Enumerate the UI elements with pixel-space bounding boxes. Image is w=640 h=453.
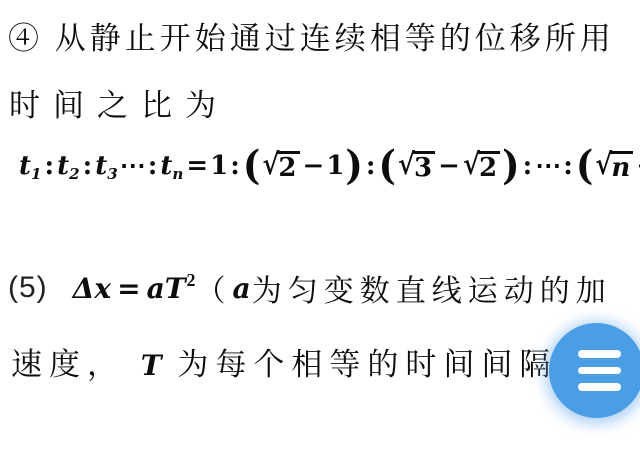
sqrt-expression: √2 xyxy=(463,151,500,182)
math-token: ( xyxy=(242,146,261,186)
sqrt-expression: √n xyxy=(595,151,633,182)
sqrt-expression: √3 xyxy=(398,151,435,182)
item4-text-line1: ④ 从静止开始通过连续相等的位移所用 xyxy=(8,13,615,58)
math-token: aT xyxy=(146,272,187,305)
menu-bar-bottom xyxy=(578,383,621,391)
math-token: Δx xyxy=(72,272,112,305)
item4-time-ratio-formula: t1:t2:t3⋯:tn=1:(√2−1):(√3−√2):⋯:(√n−√n−1… xyxy=(18,148,640,185)
menu-bar-middle xyxy=(578,367,621,375)
item4-text-line2: 时间之比为 xyxy=(9,80,229,125)
math-token: 3 xyxy=(107,165,118,183)
math-token: t xyxy=(159,151,173,181)
math-token: ⋯ xyxy=(119,151,146,181)
math-token: ) xyxy=(344,146,363,186)
math-token: T xyxy=(140,349,163,382)
math-token: 2 xyxy=(69,165,80,183)
math-token: n xyxy=(172,165,183,183)
math-token: = xyxy=(112,272,145,305)
chinese-text: （ xyxy=(196,266,232,310)
radical-sign-icon: √ xyxy=(463,150,480,179)
math-token: : xyxy=(364,151,378,181)
radical-sign-icon: √ xyxy=(595,150,612,179)
menu-button[interactable] xyxy=(549,323,640,418)
math-token: t xyxy=(18,151,32,181)
math-token: ( xyxy=(575,146,594,186)
item5-formula-line: (5)Δx=aT2（a 为匀变数直线运动的加 xyxy=(8,266,612,310)
chinese-text: 速度， xyxy=(11,347,140,382)
math-token: 1 xyxy=(210,151,228,181)
radicand: 3 xyxy=(413,151,435,182)
math-token: a xyxy=(232,272,252,305)
math-token: = xyxy=(184,151,210,181)
math-token: − xyxy=(436,151,462,181)
math-token: : xyxy=(561,151,575,181)
math-token: t xyxy=(94,151,108,181)
radicand: n xyxy=(610,151,633,182)
item5-text-line2: 速度， T 为每个相等的时间间隔)。 xyxy=(11,339,613,384)
item-label: (5) xyxy=(8,271,48,305)
math-token: : xyxy=(81,151,95,181)
math-token: − xyxy=(301,151,327,181)
math-token: − xyxy=(634,151,640,181)
math-token: 1 xyxy=(326,151,344,181)
math-token: : xyxy=(146,151,160,181)
page: { "page": { "background_color": "#ffffff… xyxy=(0,0,640,453)
math-token: ( xyxy=(377,146,396,186)
menu-bar-top xyxy=(578,350,621,358)
math-token: : xyxy=(43,151,57,181)
chinese-text: 为每个相等的时间间隔)。 xyxy=(163,347,613,382)
radicand: 2 xyxy=(478,151,500,182)
radicand: 2 xyxy=(277,151,299,182)
math-token: : xyxy=(228,151,242,181)
chinese-text: 为匀变数直线运动的加 xyxy=(252,266,612,310)
radical-sign-icon: √ xyxy=(262,150,279,179)
math-token: ) xyxy=(501,146,520,186)
math-token: 1 xyxy=(31,165,42,183)
radical-sign-icon: √ xyxy=(398,150,415,179)
math-token: ⋯ xyxy=(534,151,561,181)
sqrt-expression: √2 xyxy=(262,151,299,182)
math-token: 2 xyxy=(187,270,196,291)
math-token: : xyxy=(521,151,535,181)
hamburger-menu-icon xyxy=(578,350,621,391)
